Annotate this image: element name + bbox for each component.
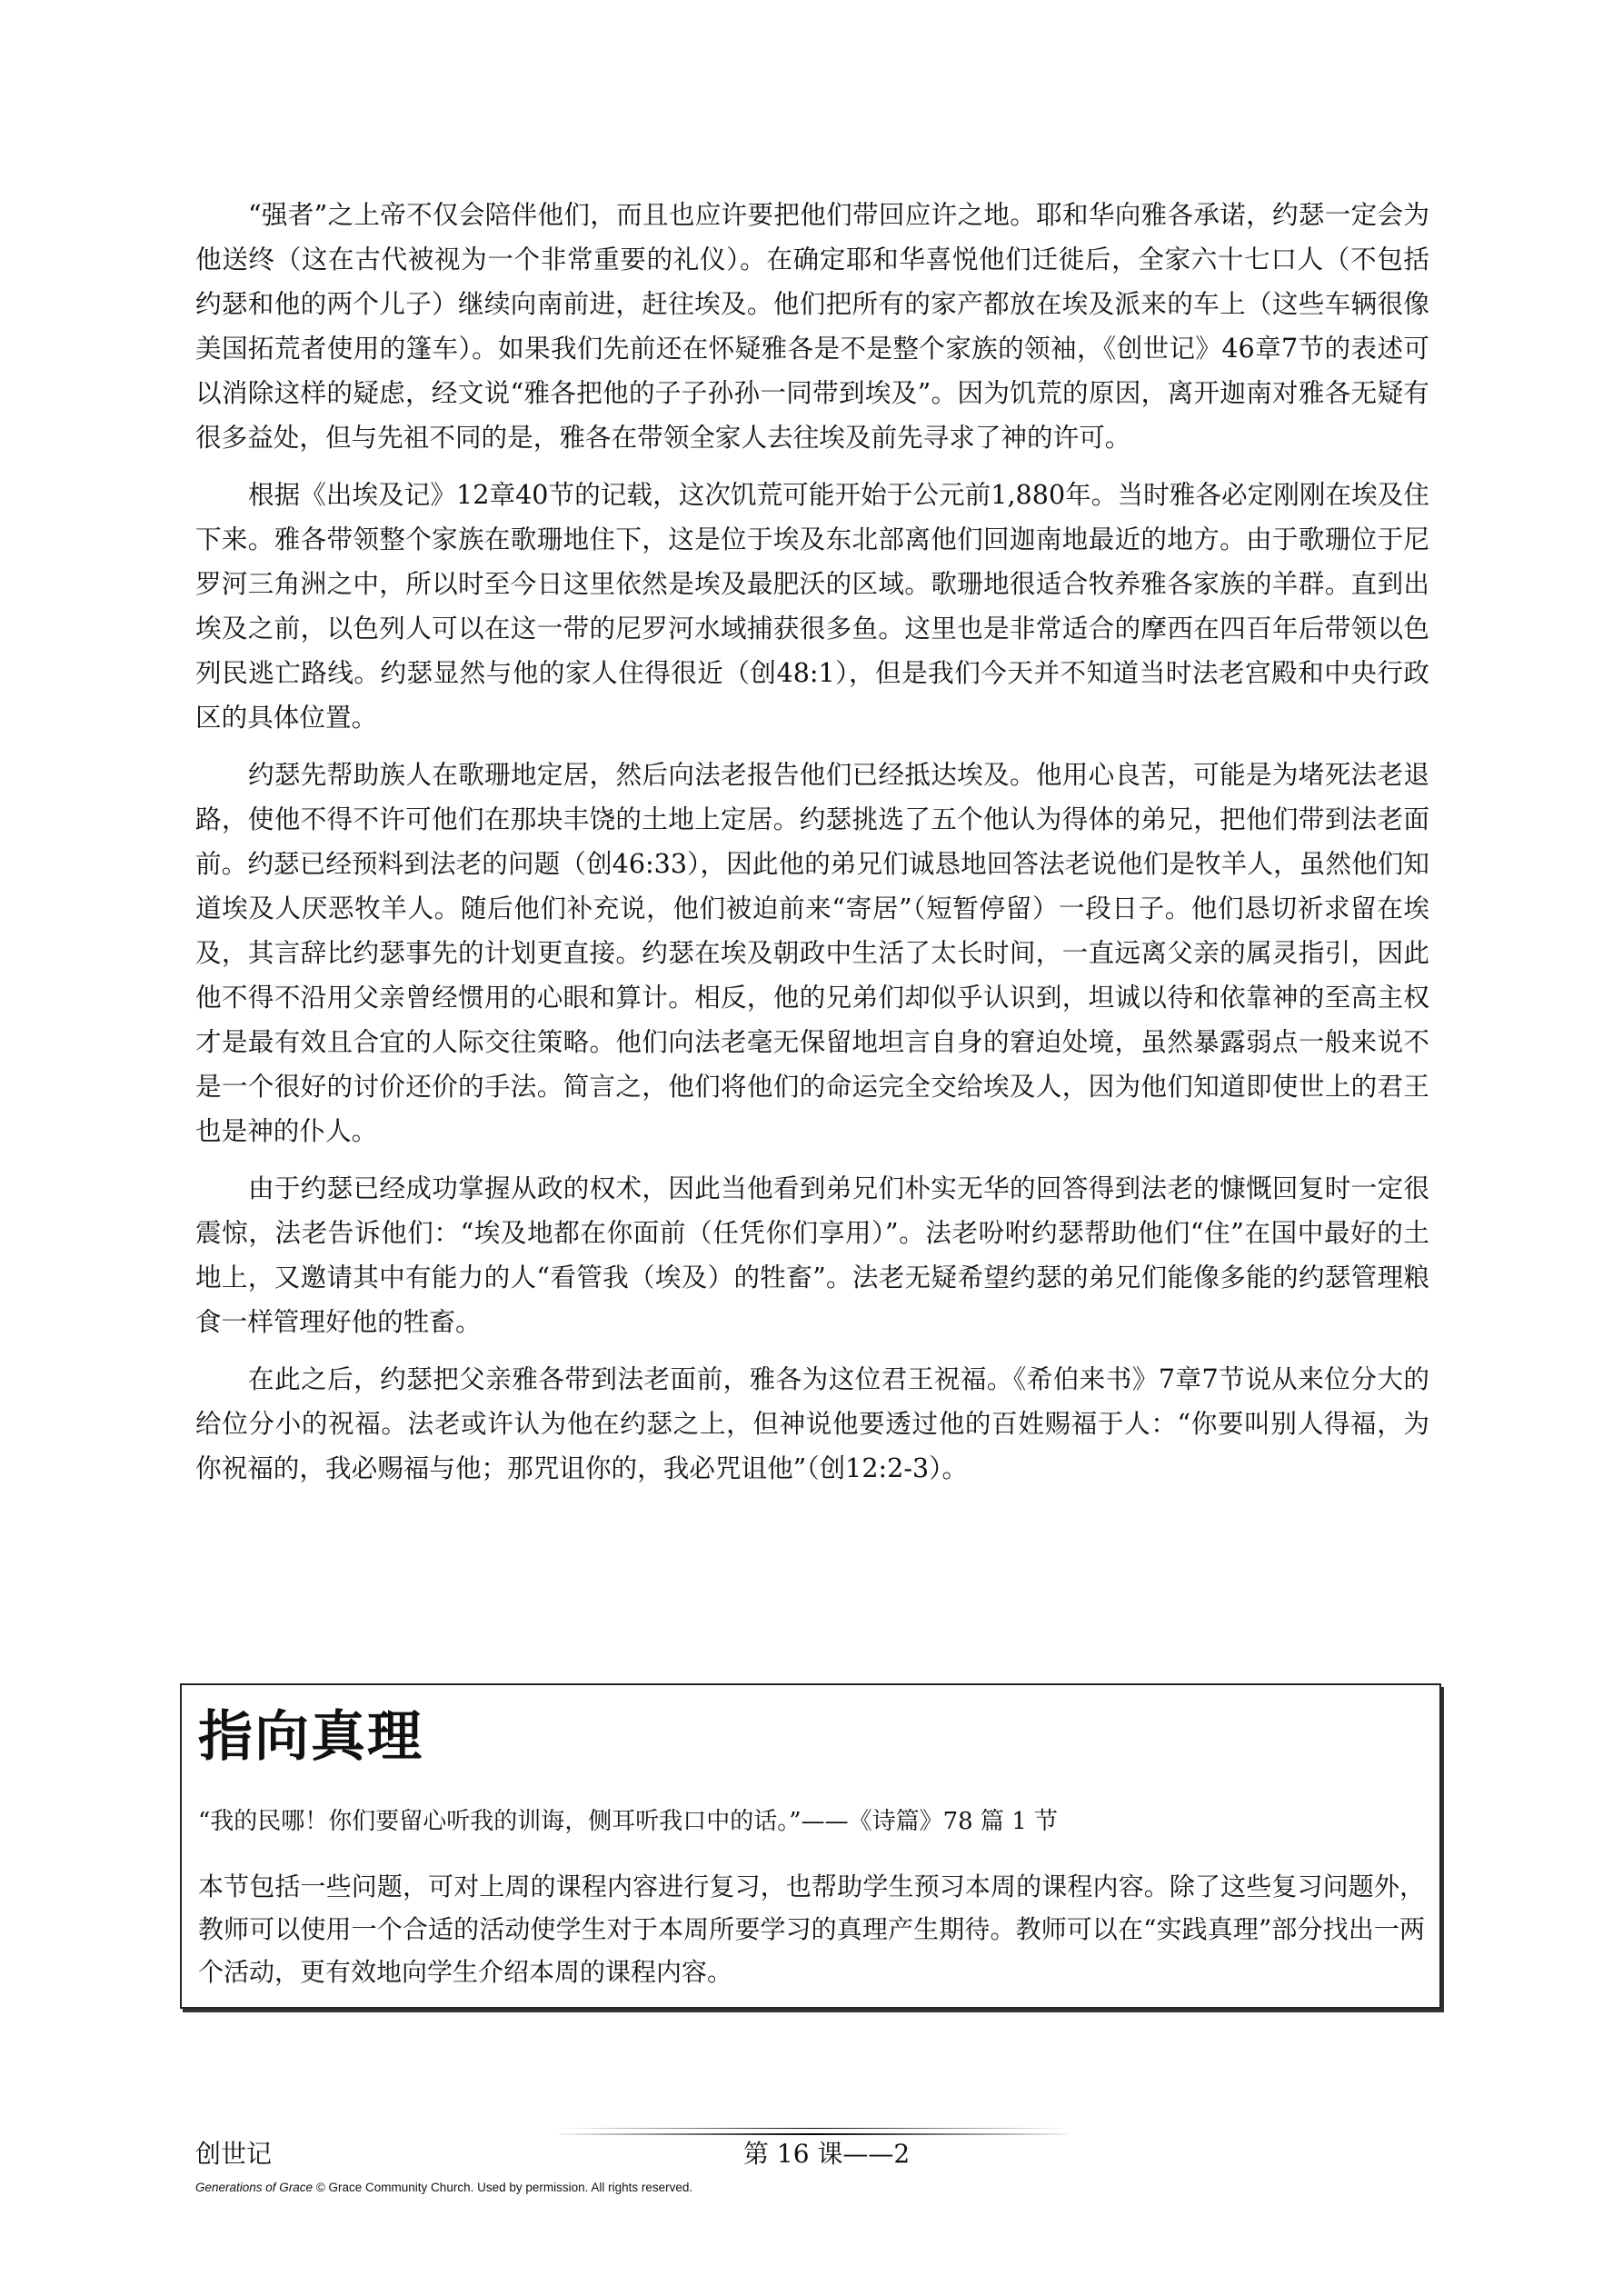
footer-divider	[559, 2128, 1068, 2133]
copyright-text: © Grace Community Church. Used by permis…	[313, 2181, 692, 2194]
paragraph-2: 根据《出埃及记》12章40节的记载，这次饥荒可能开始于公元前1,880年。当时雅…	[195, 473, 1429, 740]
paragraph-1: “强者”之上帝不仅会陪伴他们，而且也应许要把他们带回应许之地。耶和华向雅各承诺，…	[195, 193, 1429, 460]
callout-verse: “我的民哪！你们要留心听我的训诲，侧耳听我口中的话。”——《诗篇》78 篇 1 …	[198, 1803, 1425, 1840]
copyright-work-title: Generations of Grace	[195, 2181, 313, 2194]
copyright-notice: Generations of Grace © Grace Community C…	[195, 2180, 692, 2196]
footer-book-title: 创世记	[195, 2138, 272, 2171]
paragraph-3: 约瑟先帮助族人在歌珊地定居，然后向法老报告他们已经抵达埃及。他用心良苦，可能是为…	[195, 753, 1429, 1153]
body-text: “强者”之上帝不仅会陪伴他们，而且也应许要把他们带回应许之地。耶和华向雅各承诺，…	[195, 193, 1429, 1503]
document-page: “强者”之上帝不仅会陪伴他们，而且也应许要把他们带回应许之地。耶和华向雅各承诺，…	[0, 0, 1623, 2296]
footer-divider-line-bottom	[559, 2133, 1068, 2135]
paragraph-5: 在此之后，约瑟把父亲雅各带到法老面前，雅各为这位君王祝福。《希伯来书》7章7节说…	[195, 1357, 1429, 1491]
pointing-to-truth-box: 指向真理 “我的民哪！你们要留心听我的训诲，侧耳听我口中的话。”——《诗篇》78…	[180, 1683, 1441, 2009]
callout-title: 指向真理	[198, 1705, 423, 1769]
callout-body: 本节包括一些问题，可对上周的课程内容进行复习，也帮助学生预习本周的课程内容。除了…	[198, 1865, 1425, 1993]
paragraph-4: 由于约瑟已经成功掌握从政的权术，因此当他看到弟兄们朴实无华的回答得到法老的慷慨回…	[195, 1166, 1429, 1344]
footer-lesson-page: 第 16 课——2	[743, 2138, 910, 2171]
footer-divider-line-top	[559, 2128, 1068, 2129]
